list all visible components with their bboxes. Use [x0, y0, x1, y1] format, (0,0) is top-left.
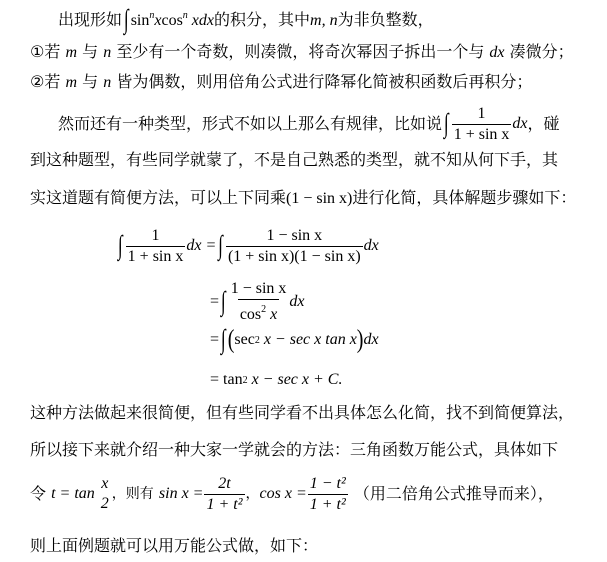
- multiply-factor: (1 − sin x): [286, 190, 352, 207]
- paragraph-example: 然而还有一种类型，形式不如以上那么有规律，比如说 ∫ 1 1 + sin x d…: [58, 103, 560, 145]
- intro-post-text: 的积分，其中: [214, 10, 310, 29]
- paragraph-method: 实这道题有简便方法，可以上下同乘(1 − sin x)进行化简，具体解题步骤如下…: [30, 188, 576, 209]
- fraction: x 2: [99, 475, 111, 513]
- derivation-row-4: = tan2 x − sec x + C.: [210, 368, 342, 392]
- marker-2: ②: [30, 72, 44, 91]
- paragraph-apply: 则上面例题就可以用万能公式做，如下：: [30, 536, 318, 556]
- example-integral: ∫ 1 1 + sin x dx: [442, 105, 527, 144]
- fraction: 1 − sin x cos2 x: [229, 280, 289, 324]
- fraction: 1 − t² 1 + t²: [308, 475, 348, 514]
- rule-odd: ①若 m 与 n 至少有一个奇数，则凑微，将奇次幂因子拆出一个与 dx 凑微分；: [30, 42, 574, 63]
- derivation-row-2: = ∫ 1 − sin x cos2 x dx: [210, 278, 305, 326]
- paragraph-continued: 到这种题型，有些同学就蒙了，不是自己熟悉的类型，就不知从何下手，其: [30, 150, 558, 170]
- derivation-row-3: = ∫ ( sec2 x − sec x tan x ) dx: [210, 328, 379, 352]
- rule-even: ②若 m 与 n 皆为偶数，则用倍角公式进行降幂化简被积函数后再积分；: [30, 72, 532, 93]
- fraction: 1 − sin x (1 + sin x)(1 − sin x): [226, 227, 363, 266]
- marker-1: ①: [30, 42, 44, 61]
- fraction: 2t 1 + t²: [204, 475, 244, 514]
- derivation-row-1: ∫ 1 1 + sin x dx = ∫ 1 − sin x (1 + sin …: [116, 222, 379, 270]
- integral-formula: ∫sinnxcosn xdx: [122, 12, 214, 29]
- intro-tail-text: 为非负整数，: [338, 10, 434, 29]
- fraction: 1 1 + sin x: [126, 227, 186, 266]
- paragraph-universal-formula: 所以接下来就介绍一种大家一学就会的方法：三角函数万能公式，具体如下: [30, 440, 558, 460]
- paragraph-intro: 出现形如∫sinnxcosn xdx的积分，其中m, n为非负整数，: [58, 6, 434, 31]
- intro-pre-text: 出现形如: [58, 10, 122, 29]
- paragraph-substitution: 令 t = tan x 2 ，则有 sin x = 2t 1 + t² ， co…: [30, 472, 554, 516]
- vars-mn: m, n: [310, 12, 338, 29]
- paragraph-easy-method: 这种方法做起来很简便，但有些同学看不出具体怎么化简，找不到简便算法，: [30, 403, 574, 423]
- fraction: 1 1 + sin x: [452, 105, 512, 144]
